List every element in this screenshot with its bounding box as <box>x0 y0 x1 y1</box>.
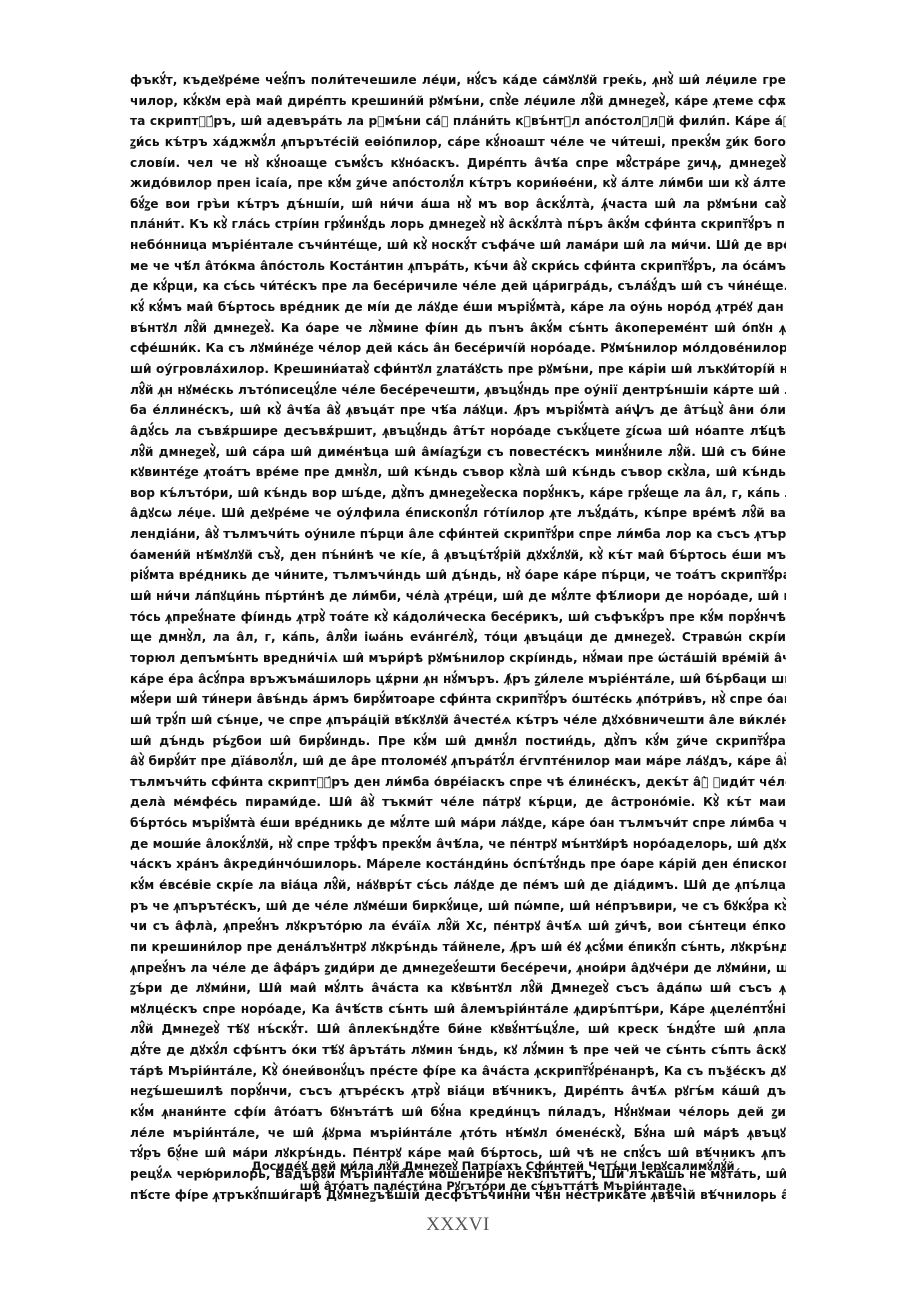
text-line: лендіа́ни, а̂ꙋ̀ тълмъчи́ть оу́ниле пъ́рц… <box>130 524 786 545</box>
text-line: мꙋлце́скъ спре норо́аде, Ка а̂чѣ́ств съ́… <box>130 999 786 1020</box>
text-line: пла́ни́т. Къ кꙋ̀ гла́сь стрі́ин грꙋ́инꙋ́… <box>130 214 786 235</box>
document-page: фъкꙋ́т, къдеꙋре́ме чеꙋ́пъ поли́течешиле … <box>0 0 916 1300</box>
text-line: лꙋ̂й Дмнеꙁеꙋ̀ тѣ́ꙋ нъ́скꙋ́т. Ши̂ а̂плекъ… <box>130 1019 786 1040</box>
text-line: ши̂ дъ́ндь ръ́ꙁбои ши̂ бирꙋ́индь. Пре кꙋ… <box>130 731 786 752</box>
text-line: слові́и. чел че нꙋ̀ кꙋ́ноаще съмꙋ́съ кꙋн… <box>130 153 786 174</box>
text-line: вор къ́лъто́ри, ши̂ къ́ндь вор шъ́де, дꙋ… <box>130 483 786 504</box>
text-line: кꙋ́м е́все́віе скрі́е ла віа́ца лꙋ̂й, на… <box>130 875 786 896</box>
text-line: сфе́шни́к. Ка съ лꙋми́не́ꙁе че́лор дей к… <box>130 338 786 359</box>
text-line: ꙁи́сь къ́тръ ха́джмꙋ́л ꙟпъръте́сій еѳіо́… <box>130 132 786 153</box>
text-line: мꙋ́ери ши̂ ти́нери а̂въ́ндь а́рмъ бирꙋ́и… <box>130 689 786 710</box>
text-line: а̂дꙋсѡ ле́џе. Ши̂ деꙋре́ме че оу́лфила е… <box>130 503 786 524</box>
text-line: то́сь ꙟпреꙋ́нате фі́индь ꙟтрꙋ̀ тоа́те кꙋ… <box>130 607 786 628</box>
text-line: тълмъчи́ть сфи́нта скрипт꙼ꙋ́ръ ден ли́мб… <box>130 772 786 793</box>
text-line: а̂дꙋ́сь ла съвѫ́ршире десъвѫ́ршит, ꙟвъцꙋ… <box>130 421 786 442</box>
text-line: лꙋ̂й дмнеꙁеꙋ̀, ши̂ са́ра ши̂ диме́нѣца ш… <box>130 442 786 463</box>
text-line: лꙋ̂й ꙟн нꙋме́скь лъто́писецꙋ́ле че́ле бе… <box>130 380 786 401</box>
text-line: а̂ꙋ̀ бирꙋ́и́т пре дїа́волꙋ́л, ши̂ де а̂р… <box>130 751 786 772</box>
text-line: неꙁъ́шешилѣ порꙋ́нчи, съсъ ꙟтъре́скъ ꙟтр… <box>130 1081 786 1102</box>
text-line: та́рѣ Мъріи́нта́ле, Кꙋ̀ о́неи́вонꙋ́цъ пр… <box>130 1061 786 1082</box>
text-line: кꙋ́м ꙟнани́нте сфі́и а̂то́атъ бꙋнъта́тѣ … <box>130 1102 786 1123</box>
text-line: чилор, кꙋ́кꙋм ера̀ маи̂ дире́пть крешини… <box>130 91 786 112</box>
text-line: де кꙋ́рци, ка съ́сь чи́те́скъ пре ла бес… <box>130 276 786 297</box>
page-number: XXXVI <box>0 1214 916 1236</box>
text-line: дела̀ ме́мфе́сь пирами́де. Ши̂ а̂ꙋ̀ тъкм… <box>130 792 786 813</box>
text-line: дꙋ́те де дꙋхꙋ́л сфъ́нтъ о́ки тѣ́ꙋ а̂ръта… <box>130 1040 786 1061</box>
text-line: кꙋвинте́ꙁе ꙟтоа́тъ вре́ме пре дмнꙋ̀л, ши… <box>130 462 786 483</box>
text-line: ча́скъ хра́нъ а̂креди́нчо́шилорь. Ма́рел… <box>130 854 786 875</box>
text-line: кꙋ́ кꙋ́мъ маи̂ бъ́ртось вре́дник де мі́и… <box>130 297 786 318</box>
text-line: фъкꙋ́т, къдеꙋре́ме чеꙋ́пъ поли́течешиле … <box>130 70 786 91</box>
text-line: ши̂ трꙋ́п ши̂ съ́нџе, че спре ꙟпъра́цій … <box>130 710 786 731</box>
text-line: ръ че ꙟпъръте́скъ, ши̂ де че́ле лꙋме́ши … <box>130 896 786 917</box>
text-line: чи съ а̂фла̀, ꙟпреꙋ́нъ лꙋкръто́рю ла е́ѵ… <box>130 916 786 937</box>
body-text-block: фъкꙋ́т, къдеꙋре́ме чеꙋ́пъ поли́течешиле … <box>130 70 786 1205</box>
text-line: ꙟпреꙋ́нъ ла че́ле де а̂фа́ръ ꙁиди́ри де … <box>130 958 786 979</box>
text-line: ка́ре е́ра а̂сꙋ́пра връжъма́шилорь цѫ́рн… <box>130 669 786 690</box>
text-line: торюл депъмъ́нть вредни́чіѧ ши̂ мъри́рѣ … <box>130 648 786 669</box>
text-line: де моши́е а̂локꙋ́лꙋй, нꙋ̀ спре трꙋ́фъ пр… <box>130 834 786 855</box>
text-line: бꙋ́ꙁе вои гръ̀и къ́тръ дъ́ншíи, ши̂ ни́ч… <box>130 194 786 215</box>
text-line: въ́нтꙋл лꙋ̂й дмнеꙁеꙋ̀. Ка о́аре че лꙋ̀ми… <box>130 318 786 339</box>
signature-line-2: ши̂ а̂то́атъ пале́сти́на Рꙋгъто́ри де съ… <box>0 1176 916 1196</box>
text-line: ме че чѣ́л а̂то́кма а̂по́столь Коста́нти… <box>130 256 786 277</box>
text-line: ріꙋ́мта вре́дникь де чи́ните, тълмъчи́нд… <box>130 565 786 586</box>
text-line: ще дмнꙋ̀л, ла а̂л, г, ка́пь, а̂лꙋ̂и іѡа́… <box>130 627 786 648</box>
text-line: ши̂ оу́гровла́хилор. Крешини́атаꙋ̀ сфи́н… <box>130 359 786 380</box>
text-line: ба е́ллине́скъ, ши̂ кꙋ̀ а̂чѣ́а а̂ꙋ̀ ꙟвъц… <box>130 400 786 421</box>
text-line: небо́нница мъріе́нтале съчи́нте́ще, ши̂ … <box>130 235 786 256</box>
text-line: та скрипт꙼ꙋ́ръ, ши̂ адевъра́ть ла рꙋмъ́н… <box>130 111 786 132</box>
text-line: пи крешини́лор пре дена́лъꙋнтрꙋ лꙋкръ́нд… <box>130 937 786 958</box>
text-line: ле́ле мъріи́нта́ле, че ши̂ ꙟ́ꙋрма мъріи́… <box>130 1123 786 1144</box>
text-line: ꙁъ́ри де лꙋми́ни, Ши̂ маи̂ мꙋ́лть а̂ча́с… <box>130 978 786 999</box>
text-line: о́амени́й нѣ́мꙋлꙋй съꙋ̀, ден пъ́ни́нѣ че… <box>130 545 786 566</box>
text-line: ши̂ ни́чи ла́пꙋци́нь пъ́рти́нѣ де ли́мби… <box>130 586 786 607</box>
text-line: бъ́рто́сь мъріꙋ́мта̀ е́ши вре́дникь де м… <box>130 813 786 834</box>
signature-block: Досиде́ꙋ дей ми́ла лꙋ̂й Дмнеꙁеꙋ̀ Патрі́а… <box>0 1156 916 1196</box>
signature-line-1: Досиде́ꙋ дей ми́ла лꙋ̂й Дмнеꙁеꙋ̀ Патрі́а… <box>0 1156 916 1176</box>
text-line: жидо́вилор прен ісаі́а, пре кꙋ́м ꙁи́че а… <box>130 173 786 194</box>
